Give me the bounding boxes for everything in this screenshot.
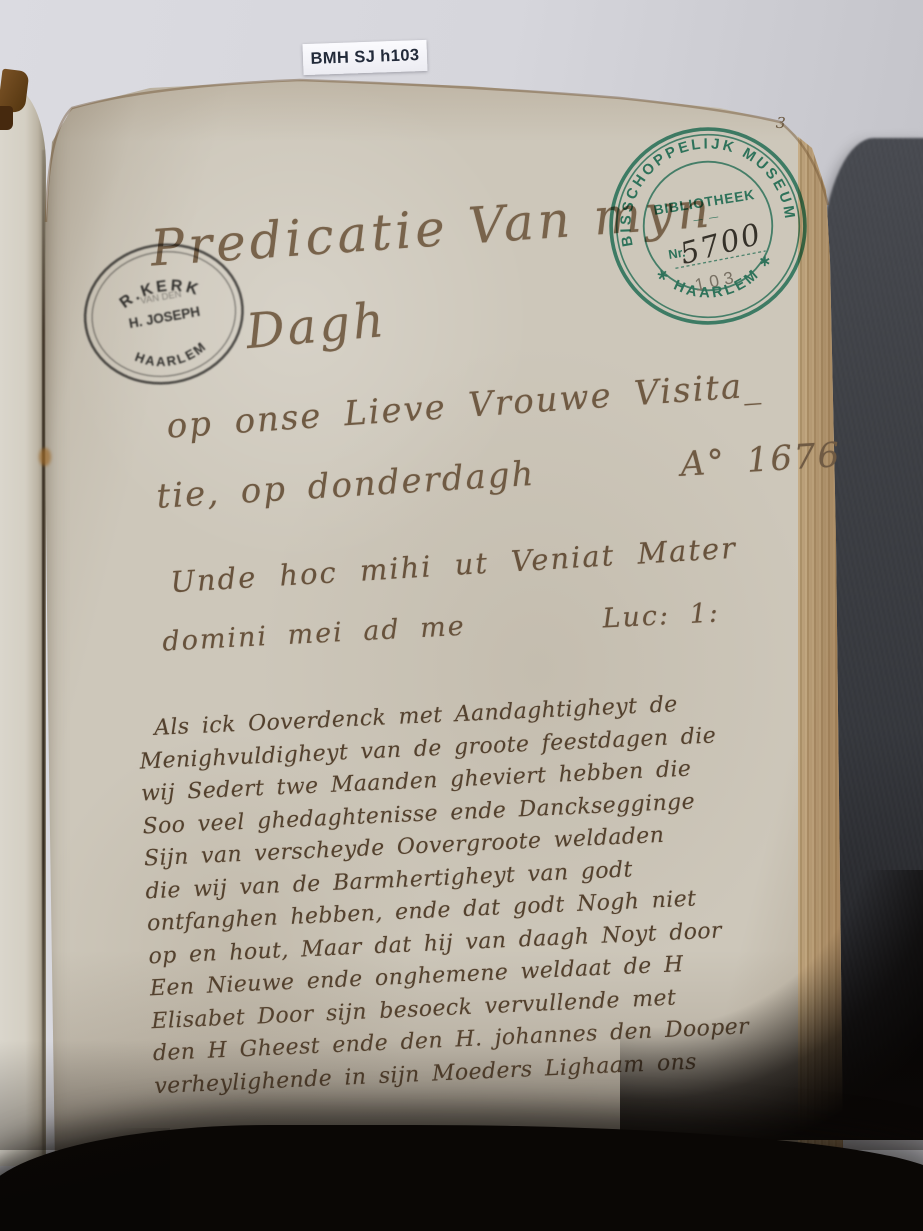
shelfmark-text: BMH SJ h103 [310, 46, 420, 69]
parish-stamp-bottom-arc: HAARLEM [131, 337, 212, 375]
facing-page-edge [0, 86, 46, 1166]
photo-of-manuscript: Predicatie Van myn Dagh op onse Lieve Vr… [0, 0, 923, 1231]
museum-stamp-top-arc: BISSCHOPPELIJK MUSEUM [605, 123, 797, 247]
svg-text:HAARLEM: HAARLEM [131, 337, 212, 375]
museum-stamp-divider: — — [693, 211, 721, 225]
parish-library-stamp: R.KERK VAN DEN H. JOSEPH HAARLEM [68, 227, 259, 404]
gutter-crease [42, 150, 45, 1155]
museum-library-stamp: BISSCHOPPELIJK MUSEUM BIBLIOTHEEK — — Nr… [591, 109, 824, 342]
rust-stain [39, 448, 51, 466]
parish-stamp-line3: H. JOSEPH [128, 304, 202, 331]
shadow-bottom-left [0, 1128, 170, 1231]
leather-board-fragment-small [0, 106, 13, 130]
shelfmark-label: BMH SJ h103 [302, 40, 427, 75]
museum-stamp-nr-value-handwritten: 5700 [676, 217, 765, 271]
svg-text:BISSCHOPPELIJK MUSEUM: BISSCHOPPELIJK MUSEUM [605, 123, 797, 247]
